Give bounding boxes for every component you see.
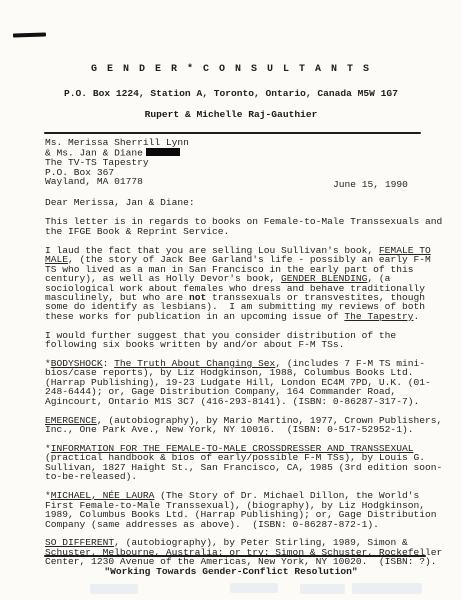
salutation: Dear Merissa, Jan & Diane: [45,197,462,208]
letter-body: This letter is in regards to books on Fe… [45,217,445,566]
text-run: I would further suggest that you conside… [45,330,396,350]
footer-divider [44,555,426,557]
text-run: The Tapestry [344,311,413,322]
letter-footer: "Working Towards Gender-Conflict Resolut… [0,555,462,577]
text-run: . [413,311,419,322]
paragraph: *INFORMATION FOR THE FEMALE-TO-MALE CROS… [45,444,445,482]
scan-artifact [90,584,138,594]
header-divider [44,132,421,134]
letterhead: G E N D E R * C O N S U L T A N T S P.O.… [0,0,462,120]
letterhead-contacts: Rupert & Michelle Raj-Gauthier [0,109,462,120]
scan-artifact [230,583,278,593]
footer-motto: "Working Towards Gender-Conflict Resolut… [0,566,462,577]
letter-main: Ms. Merissa Sherrill Lynn & Ms. Jan & Di… [0,138,462,567]
paragraph: I laud the fact that you are selling Lou… [45,246,445,322]
text-run: This letter is in regards to books on Fe… [45,216,442,236]
text-run: , (autobiography), by Mario Martino, 197… [45,415,442,435]
letter-date: June 15, 1990 [333,179,408,190]
paragraph: EMERGENCE, (autobiography), by Mario Mar… [45,416,445,435]
scanned-letter-page: G E N D E R * C O N S U L T A N T S P.O.… [0,0,462,600]
scan-artifact [352,583,422,594]
text-run: (practical handbook & bios of early/poss… [45,452,442,482]
paragraph: This letter is in regards to books on Fe… [45,217,445,236]
letterhead-address: P.O. Box 1224, Station A, Toronto, Ontar… [0,88,462,99]
letterhead-organization: G E N D E R * C O N S U L T A N T S [0,64,462,75]
paragraph: I would further suggest that you conside… [45,331,445,350]
scan-artifact [300,584,345,594]
redacted-name-box [146,148,180,157]
paragraph: *MICHAEL, NÉE LAURA (The Story of Dr. Mi… [45,491,445,529]
paragraph: *BODYSHOCK: The Truth About Changing Sex… [45,359,445,406]
